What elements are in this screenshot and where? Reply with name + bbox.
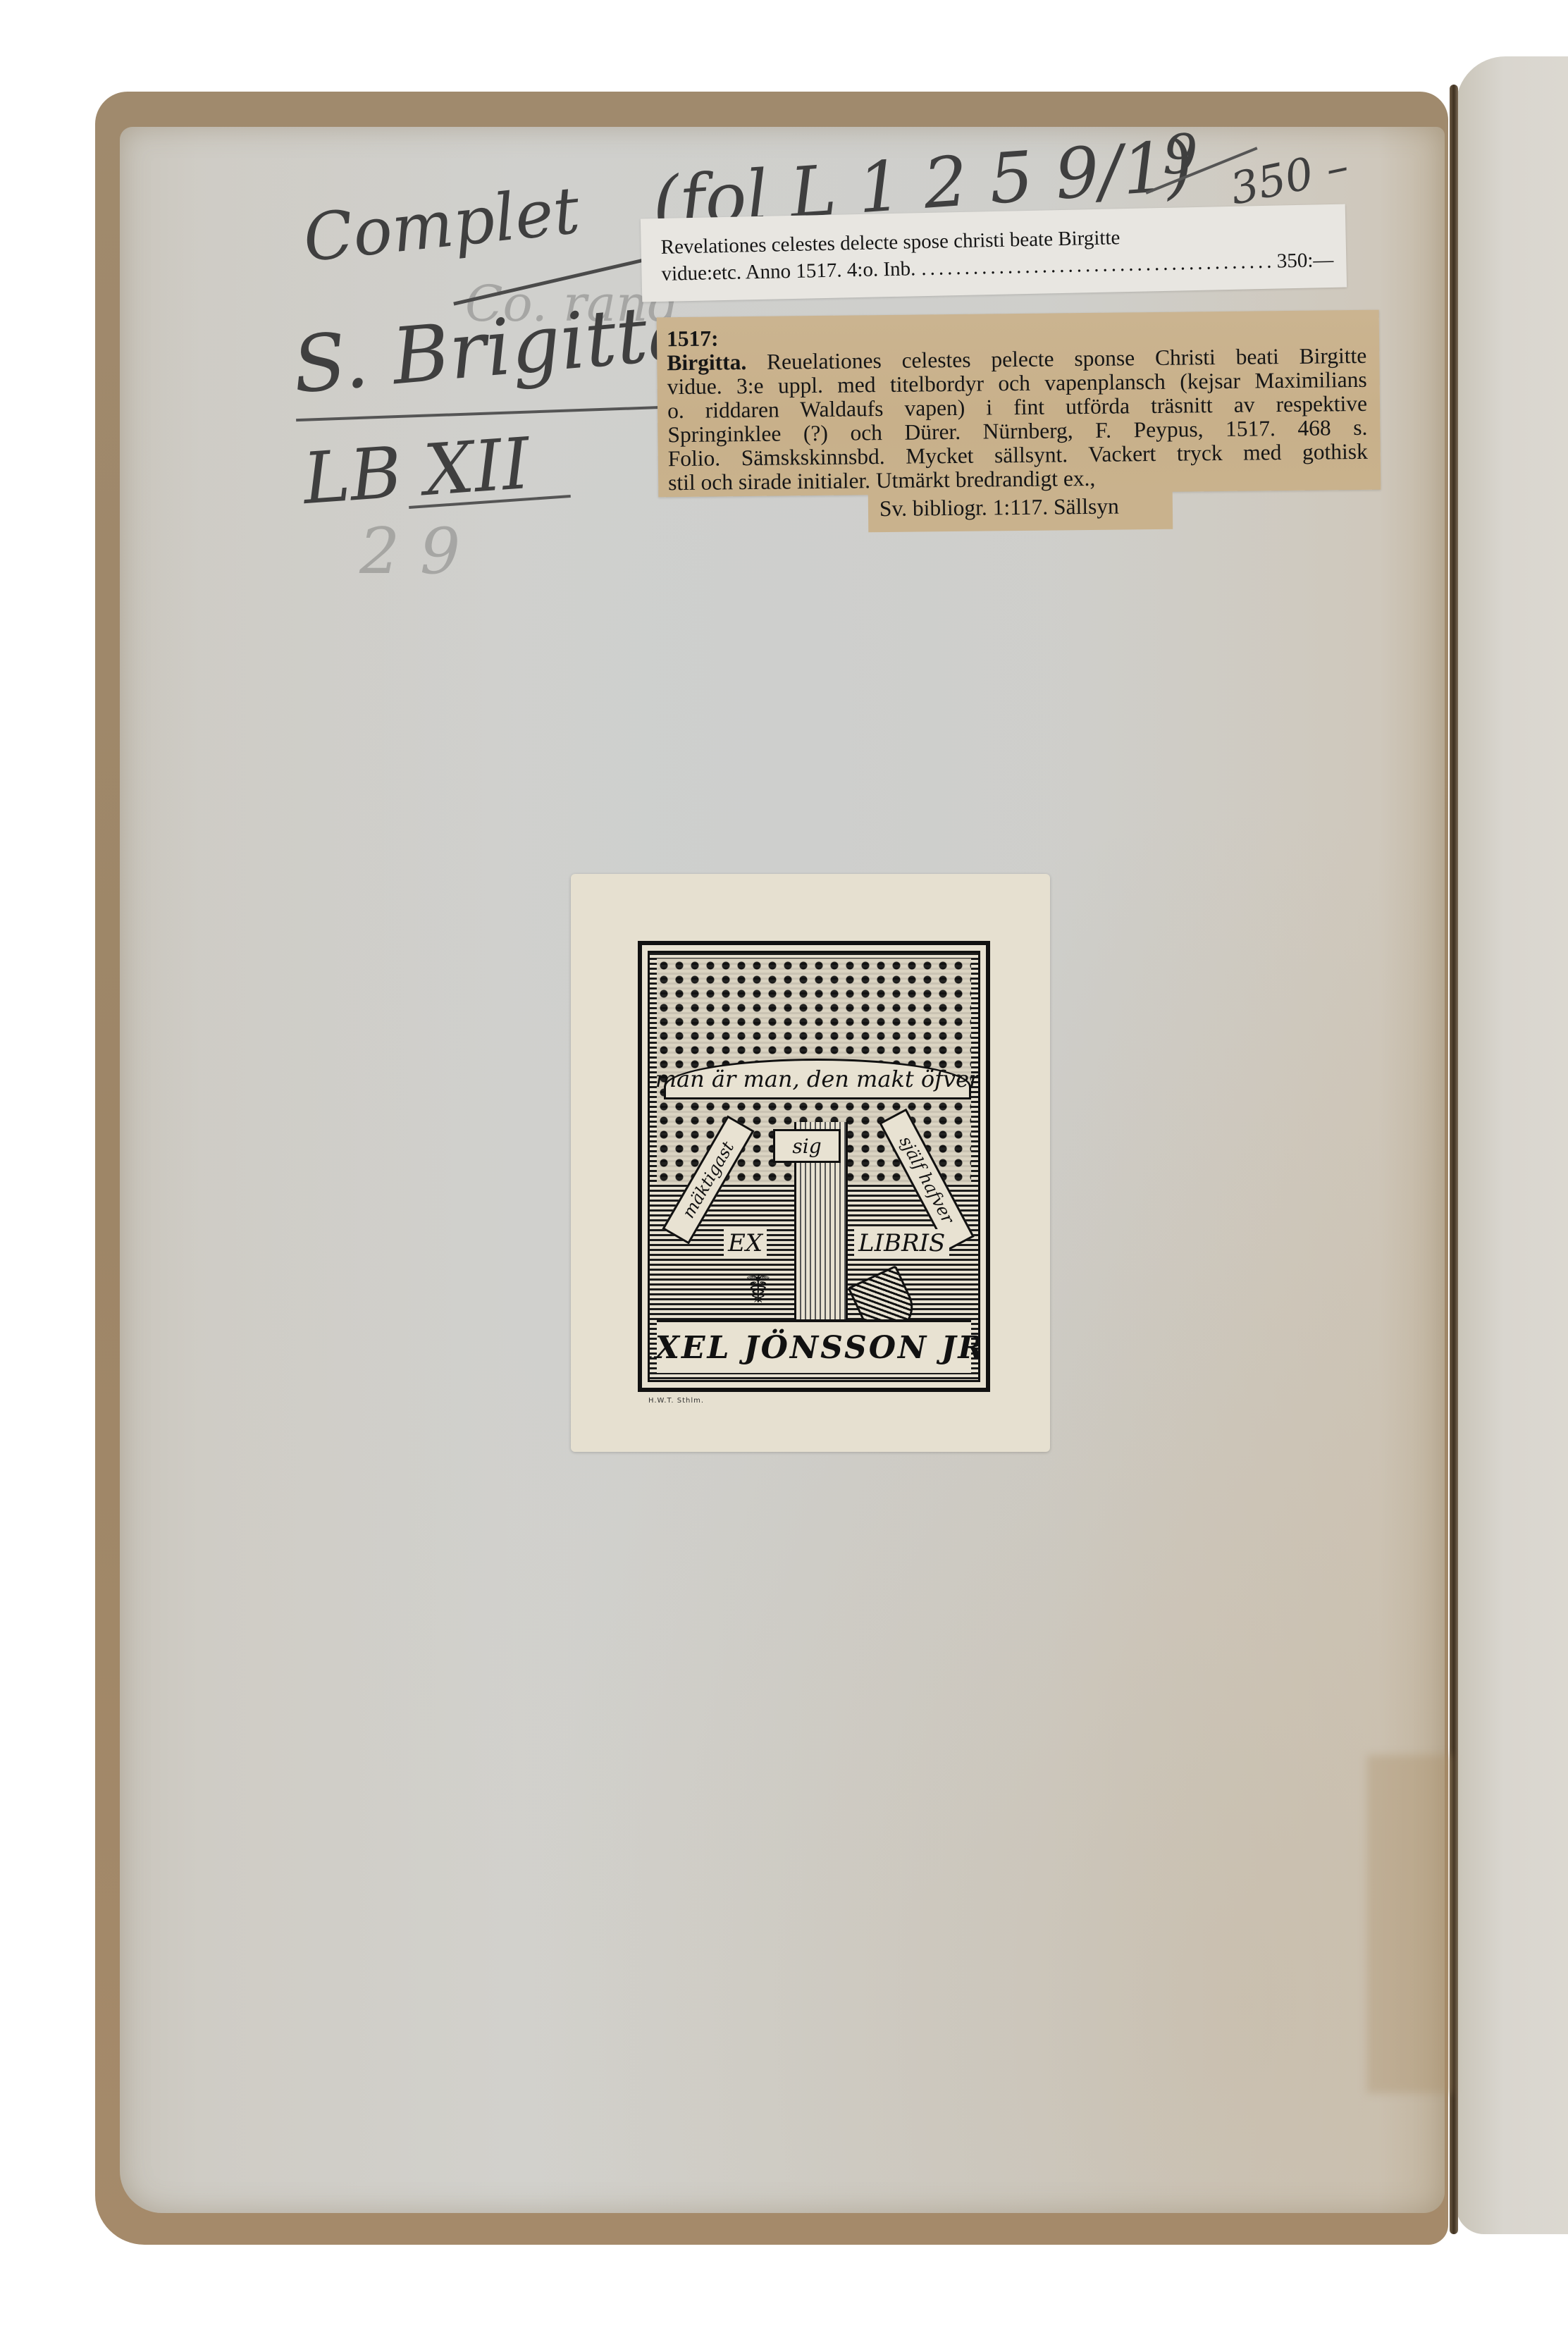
- printer-mark: H.W.T. Sthlm.: [648, 1397, 704, 1405]
- libris-label: LIBRIS: [854, 1229, 949, 1257]
- catalog-clipping-2-tail: Sv. bibliogr. 1:117. Sällsyn: [868, 491, 1173, 533]
- faint-number: 2 9: [359, 514, 460, 588]
- caduceus-icon: ☤: [745, 1270, 771, 1309]
- clipping-author: Birgitta.: [667, 350, 746, 375]
- catalog-clipping-1: Revelationes celestes delecte spose chri…: [641, 204, 1347, 302]
- clipping-text: vidue:etc. Anno 1517. 4:o. Inb.: [661, 255, 916, 288]
- clipping-price: 350:—: [1276, 247, 1333, 275]
- owner-name: AXEL JÖNSSON JR.: [657, 1319, 971, 1373]
- facing-page: [1456, 56, 1568, 2234]
- water-stain: [1367, 1755, 1452, 2093]
- bookplate-frame: man är man, den makt öfver mäktigast sig…: [638, 941, 990, 1392]
- ex-libris-bookplate: man är man, den makt öfver mäktigast sig…: [571, 874, 1050, 1452]
- ex-label: EX: [724, 1229, 767, 1257]
- catalog-clipping-2: 1517: Birgitta. Reuelationes celestes pe…: [657, 310, 1381, 498]
- engraving: man är man, den makt öfver mäktigast sig…: [648, 951, 980, 1382]
- motto-banner-center: sig: [773, 1129, 841, 1163]
